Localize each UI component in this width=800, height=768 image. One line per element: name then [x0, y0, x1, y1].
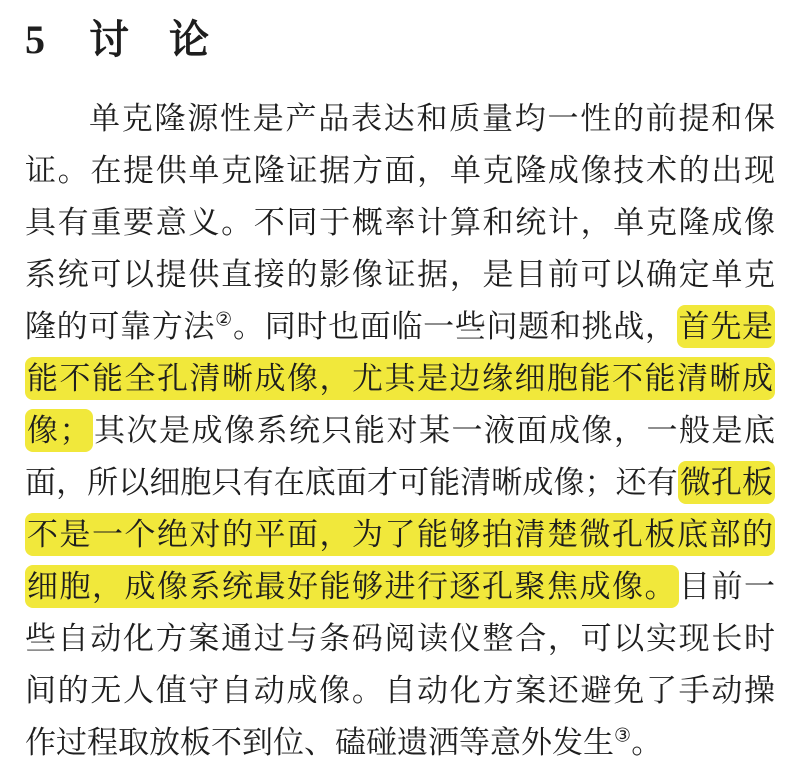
text-segment: 作过程取放板不到位、磕碰遗洒等意外发生: [25, 725, 614, 760]
text-line: 证。在提供单克隆证据方面，单克隆成像技术的出现: [25, 145, 775, 197]
highlighted-segment: 能不能全孔清晰成像，尤其是边缘细胞能不能清晰成: [25, 357, 775, 400]
text-line: 系统可以提供直接的影像证据，是目前可以确定单克: [25, 249, 775, 301]
footnote-reference: ②: [215, 310, 233, 331]
text-segment: 面，所以细胞只有在底面才可能清晰成像；还有: [25, 465, 678, 500]
highlighted-segment: 微孔板: [678, 461, 775, 504]
text-segment: 证。在提供单克隆证据方面，单克隆成像技术的出现: [25, 153, 775, 188]
text-line: 不是一个绝对的平面，为了能够拍清楚微孔板底部的: [25, 509, 775, 561]
section-heading: 5 讨 论: [25, 8, 775, 65]
text-line: 单克隆源性是产品表达和质量均一性的前提和保: [25, 93, 775, 145]
text-segment: 。: [631, 725, 662, 760]
text-line: 面，所以细胞只有在底面才可能清晰成像；还有微孔板: [25, 457, 775, 509]
text-segment: 隆的可靠方法: [25, 309, 215, 344]
text-line: 能不能全孔清晰成像，尤其是边缘细胞能不能清晰成: [25, 353, 775, 405]
highlighted-segment: 像；: [25, 409, 93, 452]
section-title: 讨 论: [89, 8, 209, 65]
text-segment: 。同时也面临一些问题和挑战，: [233, 309, 677, 344]
paragraph: 单克隆源性是产品表达和质量均一性的前提和保证。在提供单克隆证据方面，单克隆成像技…: [25, 93, 775, 768]
text-line: 作过程取放板不到位、磕碰遗洒等意外发生③。: [25, 717, 775, 768]
text-segment: 其次是成像系统只能对某一液面成像，一般是底: [93, 413, 776, 448]
highlighted-segment: 不是一个绝对的平面，为了能够拍清楚微孔板底部的: [25, 513, 775, 556]
section-number: 5: [25, 16, 45, 63]
highlighted-segment: 首先是: [677, 305, 775, 348]
text-line: 具有重要意义。不同于概率计算和统计，单克隆成像: [25, 197, 775, 249]
text-segment: 间的无人值守自动成像。自动化方案还避免了手动操: [25, 673, 775, 708]
text-line: 些自动化方案通过与条码阅读仪整合，可以实现长时: [25, 613, 775, 665]
text-line: 细胞，成像系统最好能够进行逐孔聚焦成像。目前一: [25, 561, 775, 613]
highlighted-segment: 细胞，成像系统最好能够进行逐孔聚焦成像。: [25, 565, 679, 608]
text-segment: 单克隆源性是产品表达和质量均一性的前提和保: [89, 101, 775, 136]
text-line: 间的无人值守自动成像。自动化方案还避免了手动操: [25, 665, 775, 717]
text-segment: 具有重要意义。不同于概率计算和统计，单克隆成像: [25, 205, 775, 240]
footnote-reference: ③: [614, 726, 631, 747]
text-line: 像；其次是成像系统只能对某一液面成像，一般是底: [25, 405, 775, 457]
document-page: 5 讨 论 单克隆源性是产品表达和质量均一性的前提和保证。在提供单克隆证据方面，…: [0, 0, 800, 768]
text-line: 隆的可靠方法②。同时也面临一些问题和挑战，首先是: [25, 301, 775, 353]
text-segment: 目前一: [679, 569, 775, 604]
text-segment: 些自动化方案通过与条码阅读仪整合，可以实现长时: [25, 621, 775, 656]
text-segment: 系统可以提供直接的影像证据，是目前可以确定单克: [25, 257, 775, 292]
